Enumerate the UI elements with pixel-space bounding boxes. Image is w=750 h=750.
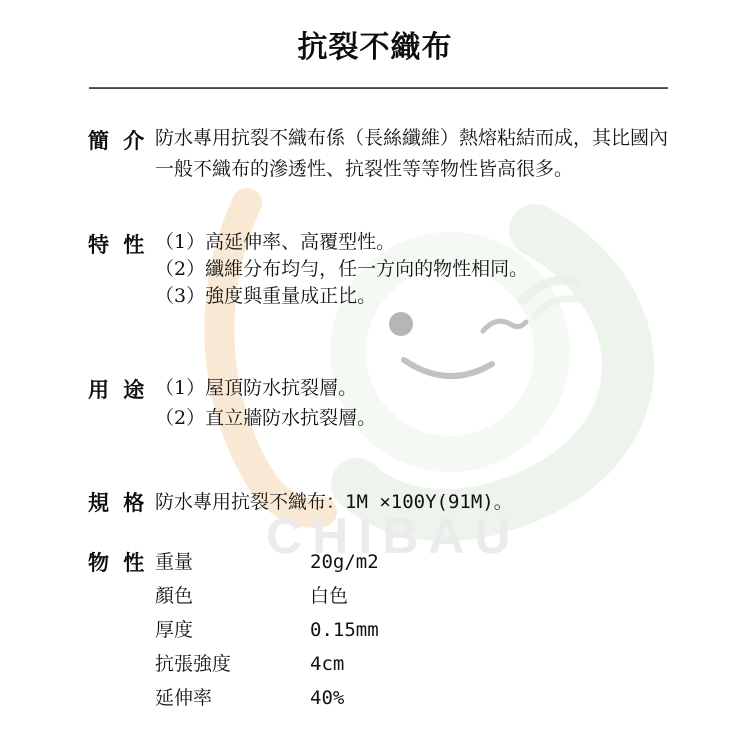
- property-name: 重量: [155, 552, 310, 586]
- section-label-features: 特 性: [88, 233, 155, 255]
- section-uses: 用 途 （1）屋頂防水抗裂層。 （2）直立牆防水抗裂層。: [88, 378, 376, 438]
- section-intro: 簡 介 防水專用抗裂不織布係（長絲纖維）熱熔粘結而成，其比國內 一般不織布的滲透…: [88, 128, 668, 190]
- property-value: 4cm: [310, 654, 379, 688]
- property-name: 抗張強度: [155, 654, 310, 688]
- watermark-eye-icon: [389, 312, 413, 336]
- spec-text-end: 。: [494, 491, 513, 513]
- watermark-wink-icon: [483, 321, 526, 331]
- property-name: 厚度: [155, 620, 310, 654]
- spec-text: 防水專用抗裂不織布：: [155, 491, 345, 513]
- property-value: 20g/m2: [310, 552, 379, 586]
- spec-dimension-value: 1M ×100Y(91M): [345, 491, 494, 513]
- watermark-smile-icon: [404, 360, 492, 376]
- property-value: 40%: [310, 688, 379, 722]
- section-label-uses: 用 途: [88, 378, 155, 400]
- properties-table: 重量 20g/m2 顏色 白色 厚度 0.15mm 抗張強度 4cm 延伸率 4…: [155, 552, 379, 722]
- section-label-properties: 物 性: [88, 552, 155, 573]
- section-spec: 規 格 防水專用抗裂不織布：1M ×100Y(91M)。: [88, 492, 513, 513]
- page-title: 抗裂不織布: [0, 22, 750, 66]
- use-item: （2）直立牆防水抗裂層。: [155, 398, 376, 438]
- property-name: 顏色: [155, 586, 310, 620]
- document-page: CHIBAU 抗裂不織布 簡 介 防水專用抗裂不織布係（長絲纖維）熱熔粘結而成，…: [0, 0, 750, 750]
- property-name: 延伸率: [155, 688, 310, 722]
- property-value: 白色: [310, 586, 379, 620]
- property-value: 0.15mm: [310, 620, 379, 654]
- section-label-spec: 規 格: [88, 492, 155, 513]
- title-divider: [89, 87, 668, 89]
- section-label-intro: 簡 介: [88, 128, 155, 151]
- section-features: 特 性 （1）高延伸率、高覆型性。 （2）纖維分布均勻，任一方向的物性相同。 （…: [88, 233, 528, 314]
- section-properties: 物 性 重量 20g/m2 顏色 白色 厚度 0.15mm 抗張強度 4cm 延…: [88, 552, 379, 722]
